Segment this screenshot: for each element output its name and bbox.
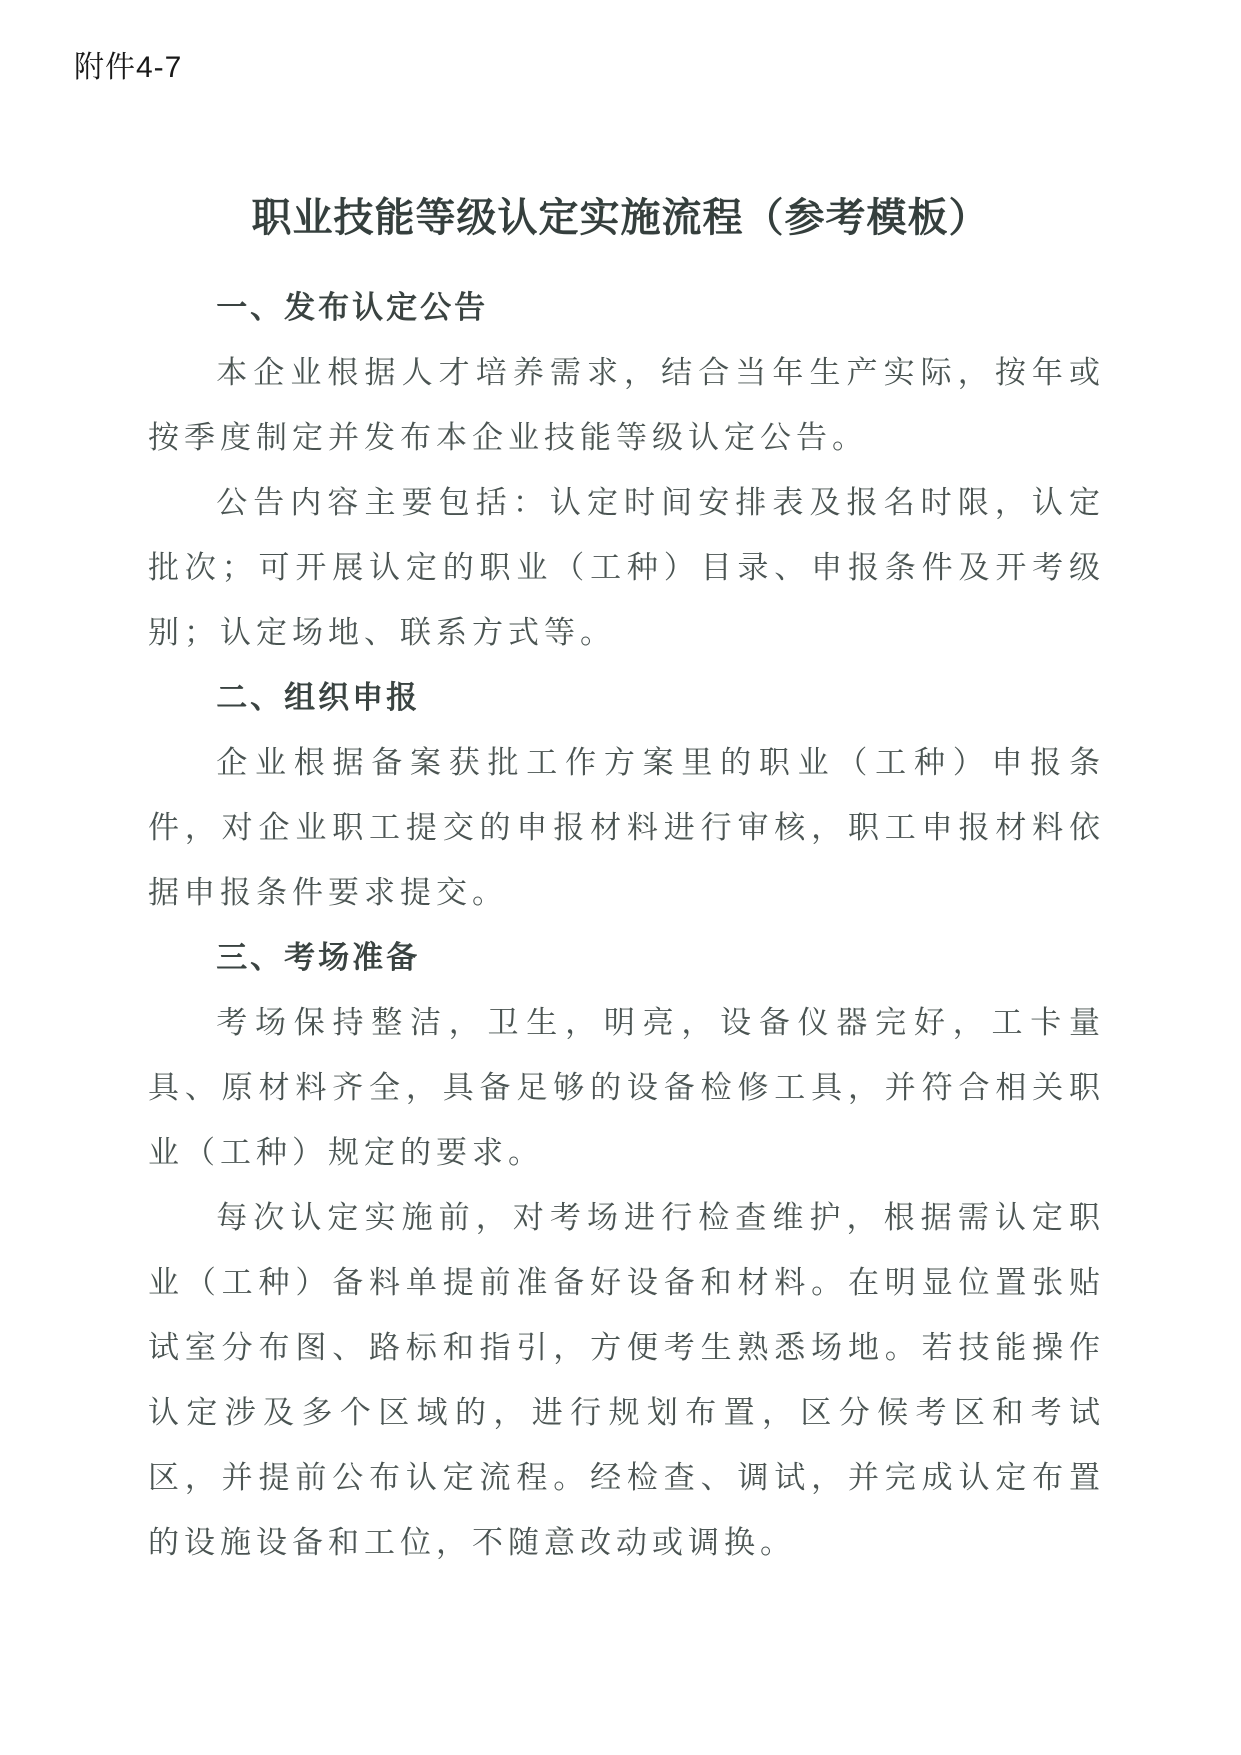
section-2-heading: 二、组织申报 [148, 665, 1105, 730]
document-page: 附件4-7 职业技能等级认定实施流程（参考模板） 一、发布认定公告 本企业根据人… [0, 0, 1241, 1755]
section-1-paragraph-2: 公告内容主要包括：认定时间安排表及报名时限，认定批次；可开展认定的职业（工种）目… [148, 470, 1105, 665]
section-2-paragraph-1: 企业根据备案获批工作方案里的职业（工种）申报条件，对企业职工提交的申报材料进行审… [148, 730, 1105, 925]
section-1-paragraph-1: 本企业根据人才培养需求，结合当年生产实际，按年或按季度制定并发布本企业技能等级认… [148, 340, 1105, 470]
document-title: 职业技能等级认定实施流程（参考模板） [0, 186, 1241, 243]
section-3-paragraph-1: 考场保持整洁，卫生，明亮，设备仪器完好，工卡量具、原材料齐全，具备足够的设备检修… [148, 990, 1105, 1185]
attachment-label: 附件4-7 [74, 42, 182, 86]
document-body: 一、发布认定公告 本企业根据人才培养需求，结合当年生产实际，按年或按季度制定并发… [148, 275, 1105, 1575]
section-3-paragraph-2: 每次认定实施前，对考场进行检查维护，根据需认定职业（工种）备料单提前准备好设备和… [148, 1185, 1105, 1575]
section-3-heading: 三、考场准备 [148, 925, 1105, 990]
section-1-heading: 一、发布认定公告 [148, 275, 1105, 340]
